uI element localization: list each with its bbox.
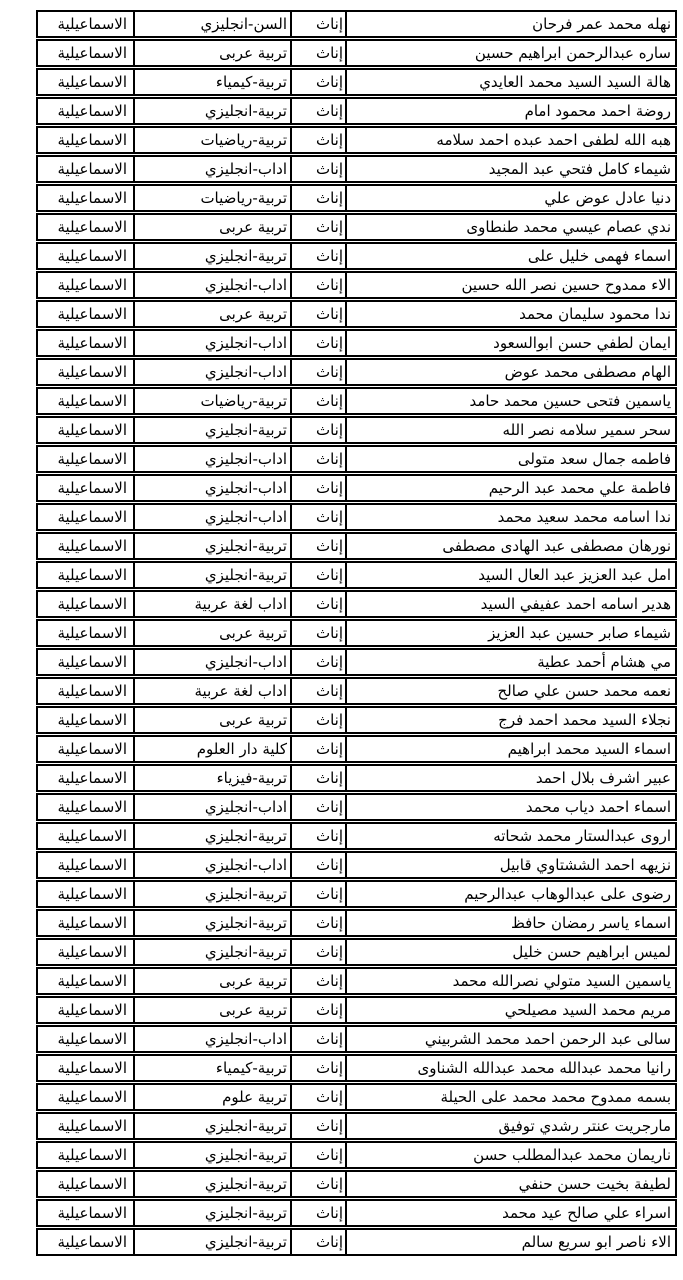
gender-cell: إناث xyxy=(290,998,345,1022)
qualification-cell: تربية-كيمياء xyxy=(133,70,290,94)
name-cell: مي هشام أحمد عطية xyxy=(345,650,675,674)
table-row: هالة السيد السيد محمد العايديإناثتربية-ك… xyxy=(36,68,677,96)
name-cell: مارجريت عنتر رشدي توفيق xyxy=(345,1114,675,1138)
governorate-cell: الاسماعيلية xyxy=(38,128,133,152)
gender-cell: إناث xyxy=(290,592,345,616)
qualification-cell: اداب-انجليزي xyxy=(133,505,290,529)
table-row: اسراء علي صالح عيد محمدإناثتربية-انجليزي… xyxy=(36,1199,677,1227)
governorate-cell: الاسماعيلية xyxy=(38,41,133,65)
qualification-cell: اداب-انجليزي xyxy=(133,650,290,674)
qualification-cell: اداب لغة عربية xyxy=(133,592,290,616)
name-cell: ياسمين فتحى حسين محمد حامد xyxy=(345,389,675,413)
qualification-cell: اداب-انجليزي xyxy=(133,273,290,297)
qualification-cell: تربية عربى xyxy=(133,708,290,732)
qualification-cell: تربية-رياضيات xyxy=(133,389,290,413)
table-row: ندي عصام عيسي محمد طنطاوىإناثتربية عربىا… xyxy=(36,213,677,241)
governorate-cell: الاسماعيلية xyxy=(38,650,133,674)
gender-cell: إناث xyxy=(290,70,345,94)
governorate-cell: الاسماعيلية xyxy=(38,215,133,239)
qualification-cell: تربية-انجليزي xyxy=(133,244,290,268)
governorate-cell: الاسماعيلية xyxy=(38,969,133,993)
qualification-cell: اداب لغة عربية xyxy=(133,679,290,703)
table-row: اروى عبدالستار محمد شحاتهإناثتربية-انجلي… xyxy=(36,822,677,850)
qualification-cell: اداب-انجليزي xyxy=(133,331,290,355)
name-cell: هبه الله لطفى احمد عبده احمد سلامه xyxy=(345,128,675,152)
gender-cell: إناث xyxy=(290,1085,345,1109)
qualification-cell: تربية-انجليزي xyxy=(133,99,290,123)
gender-cell: إناث xyxy=(290,215,345,239)
governorate-cell: الاسماعيلية xyxy=(38,795,133,819)
name-cell: نجلاء السيد محمد احمد فرج xyxy=(345,708,675,732)
table-row: امل عبد العزيز عبد العال السيدإناثتربية-… xyxy=(36,561,677,589)
qualification-cell: السن-انجليزي xyxy=(133,12,290,36)
governorate-cell: الاسماعيلية xyxy=(38,998,133,1022)
qualification-cell: تربية-رياضيات xyxy=(133,186,290,210)
table-row: رانيا محمد عبدالله محمد عبدالله الشناوىإ… xyxy=(36,1054,677,1082)
governorate-cell: الاسماعيلية xyxy=(38,360,133,384)
name-cell: فاطمة علي محمد عبد الرحيم xyxy=(345,476,675,500)
qualification-cell: اداب-انجليزي xyxy=(133,447,290,471)
name-cell: نورهان مصطفى عبد الهادى مصطفى xyxy=(345,534,675,558)
name-cell: اروى عبدالستار محمد شحاته xyxy=(345,824,675,848)
gender-cell: إناث xyxy=(290,1143,345,1167)
table-row: ياسمين فتحى حسين محمد حامدإناثتربية-رياض… xyxy=(36,387,677,415)
gender-cell: إناث xyxy=(290,621,345,645)
gender-cell: إناث xyxy=(290,940,345,964)
qualification-cell: اداب-انجليزي xyxy=(133,157,290,181)
qualification-cell: تربية-انجليزي xyxy=(133,824,290,848)
table-row: رضوى على عبدالوهاب عبدالرحيمإناثتربية-ان… xyxy=(36,880,677,908)
governorate-cell: الاسماعيلية xyxy=(38,1143,133,1167)
name-cell: ياسمين السيد متولي نصرالله محمد xyxy=(345,969,675,993)
gender-cell: إناث xyxy=(290,418,345,442)
gender-cell: إناث xyxy=(290,186,345,210)
governorate-cell: الاسماعيلية xyxy=(38,1114,133,1138)
table-row: مي هشام أحمد عطيةإناثاداب-انجليزيالاسماع… xyxy=(36,648,677,676)
qualification-cell: تربية عربى xyxy=(133,215,290,239)
governorate-cell: الاسماعيلية xyxy=(38,1201,133,1225)
table-row: روضة احمد محمود امامإناثتربية-انجليزيالا… xyxy=(36,97,677,125)
table-row: ساره عبدالرحمن ابراهيم حسينإناثتربية عرب… xyxy=(36,39,677,67)
qualification-cell: تربية-رياضيات xyxy=(133,128,290,152)
governorate-cell: الاسماعيلية xyxy=(38,911,133,935)
qualification-cell: تربية-انجليزي xyxy=(133,1172,290,1196)
qualification-cell: كلية دار العلوم xyxy=(133,737,290,761)
gender-cell: إناث xyxy=(290,12,345,36)
governorate-cell: الاسماعيلية xyxy=(38,447,133,471)
governorate-cell: الاسماعيلية xyxy=(38,12,133,36)
qualification-cell: تربية علوم xyxy=(133,1085,290,1109)
name-cell: ندا محمود سليمان محمد xyxy=(345,302,675,326)
table-row: نجلاء السيد محمد احمد فرجإناثتربية عربىا… xyxy=(36,706,677,734)
governorate-cell: الاسماعيلية xyxy=(38,1172,133,1196)
gender-cell: إناث xyxy=(290,1172,345,1196)
name-cell: نهله محمد عمر فرحان xyxy=(345,12,675,36)
qualification-cell: تربية-فيزياء xyxy=(133,766,290,790)
table-row: اسماء السيد محمد ابراهيمإناثكلية دار الع… xyxy=(36,735,677,763)
gender-cell: إناث xyxy=(290,331,345,355)
name-cell: اسماء احمد دياب محمد xyxy=(345,795,675,819)
name-cell: ناريمان محمد عبدالمطلب حسن xyxy=(345,1143,675,1167)
gender-cell: إناث xyxy=(290,360,345,384)
name-cell: هدير اسامه احمد عفيفي السيد xyxy=(345,592,675,616)
qualification-cell: تربية-انجليزي xyxy=(133,1201,290,1225)
name-cell: اسماء السيد محمد ابراهيم xyxy=(345,737,675,761)
qualification-cell: تربية-انجليزي xyxy=(133,1114,290,1138)
governorate-cell: الاسماعيلية xyxy=(38,505,133,529)
qualification-cell: تربية عربى xyxy=(133,621,290,645)
qualification-cell: اداب-انجليزي xyxy=(133,853,290,877)
governorate-cell: الاسماعيلية xyxy=(38,766,133,790)
table-row: فاطمه جمال سعد متولىإناثاداب-انجليزيالاس… xyxy=(36,445,677,473)
name-cell: رضوى على عبدالوهاب عبدالرحيم xyxy=(345,882,675,906)
governorate-cell: الاسماعيلية xyxy=(38,853,133,877)
governorate-cell: الاسماعيلية xyxy=(38,824,133,848)
gender-cell: إناث xyxy=(290,157,345,181)
name-cell: روضة احمد محمود امام xyxy=(345,99,675,123)
table-row: سحر سمير سلامه نصر اللهإناثتربية-انجليزي… xyxy=(36,416,677,444)
gender-cell: إناث xyxy=(290,128,345,152)
table-row: مارجريت عنتر رشدي توفيقإناثتربية-انجليزي… xyxy=(36,1112,677,1140)
gender-cell: إناث xyxy=(290,737,345,761)
governorate-cell: الاسماعيلية xyxy=(38,563,133,587)
governorate-cell: الاسماعيلية xyxy=(38,1027,133,1051)
gender-cell: إناث xyxy=(290,302,345,326)
table-row: بسمه ممدوح محمد محمد على الحيلةإناثتربية… xyxy=(36,1083,677,1111)
governorate-cell: الاسماعيلية xyxy=(38,99,133,123)
qualification-cell: تربية عربى xyxy=(133,998,290,1022)
table-row: ياسمين السيد متولي نصرالله محمدإناثتربية… xyxy=(36,967,677,995)
gender-cell: إناث xyxy=(290,505,345,529)
gender-cell: إناث xyxy=(290,679,345,703)
gender-cell: إناث xyxy=(290,1201,345,1225)
table-row: نهله محمد عمر فرحانإناثالسن-انجليزيالاسم… xyxy=(36,10,677,38)
governorate-cell: الاسماعيلية xyxy=(38,389,133,413)
name-cell: سحر سمير سلامه نصر الله xyxy=(345,418,675,442)
name-cell: ساره عبدالرحمن ابراهيم حسين xyxy=(345,41,675,65)
qualification-cell: تربية عربى xyxy=(133,41,290,65)
name-cell: عبير اشرف بلال احمد xyxy=(345,766,675,790)
table-row: نورهان مصطفى عبد الهادى مصطفىإناثتربية-ا… xyxy=(36,532,677,560)
qualification-cell: اداب-انجليزي xyxy=(133,476,290,500)
gender-cell: إناث xyxy=(290,824,345,848)
table-row: فاطمة علي محمد عبد الرحيمإناثاداب-انجليز… xyxy=(36,474,677,502)
table-row: سالى عبد الرحمن احمد محمد الشربينيإناثاد… xyxy=(36,1025,677,1053)
gender-cell: إناث xyxy=(290,766,345,790)
name-cell: شيماء صابر حسين عبد العزيز xyxy=(345,621,675,645)
name-cell: ندي عصام عيسي محمد طنطاوى xyxy=(345,215,675,239)
qualification-cell: تربية-انجليزي xyxy=(133,563,290,587)
qualification-cell: تربية-انجليزي xyxy=(133,940,290,964)
name-cell: شيماء كامل فتحي عبد المجيد xyxy=(345,157,675,181)
name-cell: لطيفة بخيت حسن حنفي xyxy=(345,1172,675,1196)
name-cell: مريم محمد السيد مصيلحي xyxy=(345,998,675,1022)
gender-cell: إناث xyxy=(290,389,345,413)
table-row: اسماء ياسر رمضان حافظإناثتربية-انجليزيال… xyxy=(36,909,677,937)
name-cell: ندا اسامه محمد سعيد محمد xyxy=(345,505,675,529)
governorate-cell: الاسماعيلية xyxy=(38,302,133,326)
governorate-cell: الاسماعيلية xyxy=(38,186,133,210)
gender-cell: إناث xyxy=(290,476,345,500)
name-cell: اسراء علي صالح عيد محمد xyxy=(345,1201,675,1225)
gender-cell: إناث xyxy=(290,882,345,906)
governorate-cell: الاسماعيلية xyxy=(38,737,133,761)
table-row: عبير اشرف بلال احمدإناثتربية-فيزياءالاسم… xyxy=(36,764,677,792)
governorate-cell: الاسماعيلية xyxy=(38,244,133,268)
name-cell: هالة السيد السيد محمد العايدي xyxy=(345,70,675,94)
gender-cell: إناث xyxy=(290,1056,345,1080)
governorate-cell: الاسماعيلية xyxy=(38,708,133,732)
governorate-cell: الاسماعيلية xyxy=(38,157,133,181)
governorate-cell: الاسماعيلية xyxy=(38,418,133,442)
table-row: مريم محمد السيد مصيلحيإناثتربية عربىالاس… xyxy=(36,996,677,1024)
table-row: لطيفة بخيت حسن حنفيإناثتربية-انجليزيالاس… xyxy=(36,1170,677,1198)
table-row: اسماء فهمى خليل علىإناثتربية-انجليزيالاس… xyxy=(36,242,677,270)
qualification-cell: تربية-انجليزي xyxy=(133,418,290,442)
table-row: الاء ممدوح حسين نصر الله حسينإناثاداب-ان… xyxy=(36,271,677,299)
gender-cell: إناث xyxy=(290,1114,345,1138)
qualification-cell: تربية-انجليزي xyxy=(133,534,290,558)
governorate-cell: الاسماعيلية xyxy=(38,621,133,645)
table-row: شيماء صابر حسين عبد العزيزإناثتربية عربى… xyxy=(36,619,677,647)
qualification-cell: تربية عربى xyxy=(133,302,290,326)
governorate-cell: الاسماعيلية xyxy=(38,679,133,703)
governorate-cell: الاسماعيلية xyxy=(38,70,133,94)
name-cell: الاء ناصر ابو سريع سالم xyxy=(345,1230,675,1254)
table-row: ندا محمود سليمان محمدإناثتربية عربىالاسم… xyxy=(36,300,677,328)
table-row: شيماء كامل فتحي عبد المجيدإناثاداب-انجلي… xyxy=(36,155,677,183)
name-cell: امل عبد العزيز عبد العال السيد xyxy=(345,563,675,587)
gender-cell: إناث xyxy=(290,853,345,877)
name-cell: بسمه ممدوح محمد محمد على الحيلة xyxy=(345,1085,675,1109)
qualification-cell: اداب-انجليزي xyxy=(133,1027,290,1051)
governorate-cell: الاسماعيلية xyxy=(38,592,133,616)
qualification-cell: تربية-انجليزي xyxy=(133,1230,290,1254)
table-row: هدير اسامه احمد عفيفي السيدإناثاداب لغة … xyxy=(36,590,677,618)
governorate-cell: الاسماعيلية xyxy=(38,331,133,355)
name-cell: ايمان لطفي حسن ابوالسعود xyxy=(345,331,675,355)
qualification-cell: تربية-انجليزي xyxy=(133,882,290,906)
name-cell: اسماء فهمى خليل على xyxy=(345,244,675,268)
table-row: نزيهه احمد الششتاوي قابيلإناثاداب-انجليز… xyxy=(36,851,677,879)
qualification-cell: تربية-انجليزي xyxy=(133,911,290,935)
gender-cell: إناث xyxy=(290,911,345,935)
name-cell: نزيهه احمد الششتاوي قابيل xyxy=(345,853,675,877)
gender-cell: إناث xyxy=(290,969,345,993)
name-cell: الاء ممدوح حسين نصر الله حسين xyxy=(345,273,675,297)
table-row: الهام مصطفى محمد عوضإناثاداب-انجليزيالاس… xyxy=(36,358,677,386)
governorate-cell: الاسماعيلية xyxy=(38,1085,133,1109)
page: { "colors": { "background": "#ffffff", "… xyxy=(0,0,683,1280)
gender-cell: إناث xyxy=(290,273,345,297)
governorate-cell: الاسماعيلية xyxy=(38,1230,133,1254)
table-row: الاء ناصر ابو سريع سالمإناثتربية-انجليزي… xyxy=(36,1228,677,1256)
governorate-cell: الاسماعيلية xyxy=(38,476,133,500)
table-row: هبه الله لطفى احمد عبده احمد سلامهإناثتر… xyxy=(36,126,677,154)
table-row: دنيا عادل عوض عليإناثتربية-رياضياتالاسما… xyxy=(36,184,677,212)
governorate-cell: الاسماعيلية xyxy=(38,940,133,964)
gender-cell: إناث xyxy=(290,650,345,674)
gender-cell: إناث xyxy=(290,99,345,123)
name-cell: دنيا عادل عوض علي xyxy=(345,186,675,210)
table-row: نعمه محمد حسن علي صالحإناثاداب لغة عربية… xyxy=(36,677,677,705)
name-cell: نعمه محمد حسن علي صالح xyxy=(345,679,675,703)
gender-cell: إناث xyxy=(290,1230,345,1254)
qualification-cell: تربية-انجليزي xyxy=(133,1143,290,1167)
table-row: ندا اسامه محمد سعيد محمدإناثاداب-انجليزي… xyxy=(36,503,677,531)
name-cell: سالى عبد الرحمن احمد محمد الشربيني xyxy=(345,1027,675,1051)
governorate-cell: الاسماعيلية xyxy=(38,273,133,297)
table-row: ناريمان محمد عبدالمطلب حسنإناثتربية-انجل… xyxy=(36,1141,677,1169)
gender-cell: إناث xyxy=(290,244,345,268)
qualification-cell: اداب-انجليزي xyxy=(133,360,290,384)
governorate-cell: الاسماعيلية xyxy=(38,534,133,558)
gender-cell: إناث xyxy=(290,563,345,587)
qualification-cell: تربية عربى xyxy=(133,969,290,993)
gender-cell: إناث xyxy=(290,534,345,558)
name-cell: فاطمه جمال سعد متولى xyxy=(345,447,675,471)
name-cell: لميس ابراهيم حسن خليل xyxy=(345,940,675,964)
gender-cell: إناث xyxy=(290,708,345,732)
table-row: ايمان لطفي حسن ابوالسعودإناثاداب-انجليزي… xyxy=(36,329,677,357)
gender-cell: إناث xyxy=(290,41,345,65)
table-row: لميس ابراهيم حسن خليلإناثتربية-انجليزيال… xyxy=(36,938,677,966)
name-cell: اسماء ياسر رمضان حافظ xyxy=(345,911,675,935)
qualification-cell: اداب-انجليزي xyxy=(133,795,290,819)
qualification-cell: تربية-كيمياء xyxy=(133,1056,290,1080)
gender-cell: إناث xyxy=(290,1027,345,1051)
governorate-cell: الاسماعيلية xyxy=(38,1056,133,1080)
candidates-table: نهله محمد عمر فرحانإناثالسن-انجليزيالاسم… xyxy=(36,10,677,1257)
table-row: اسماء احمد دياب محمدإناثاداب-انجليزيالاس… xyxy=(36,793,677,821)
gender-cell: إناث xyxy=(290,447,345,471)
governorate-cell: الاسماعيلية xyxy=(38,882,133,906)
name-cell: رانيا محمد عبدالله محمد عبدالله الشناوى xyxy=(345,1056,675,1080)
gender-cell: إناث xyxy=(290,795,345,819)
name-cell: الهام مصطفى محمد عوض xyxy=(345,360,675,384)
